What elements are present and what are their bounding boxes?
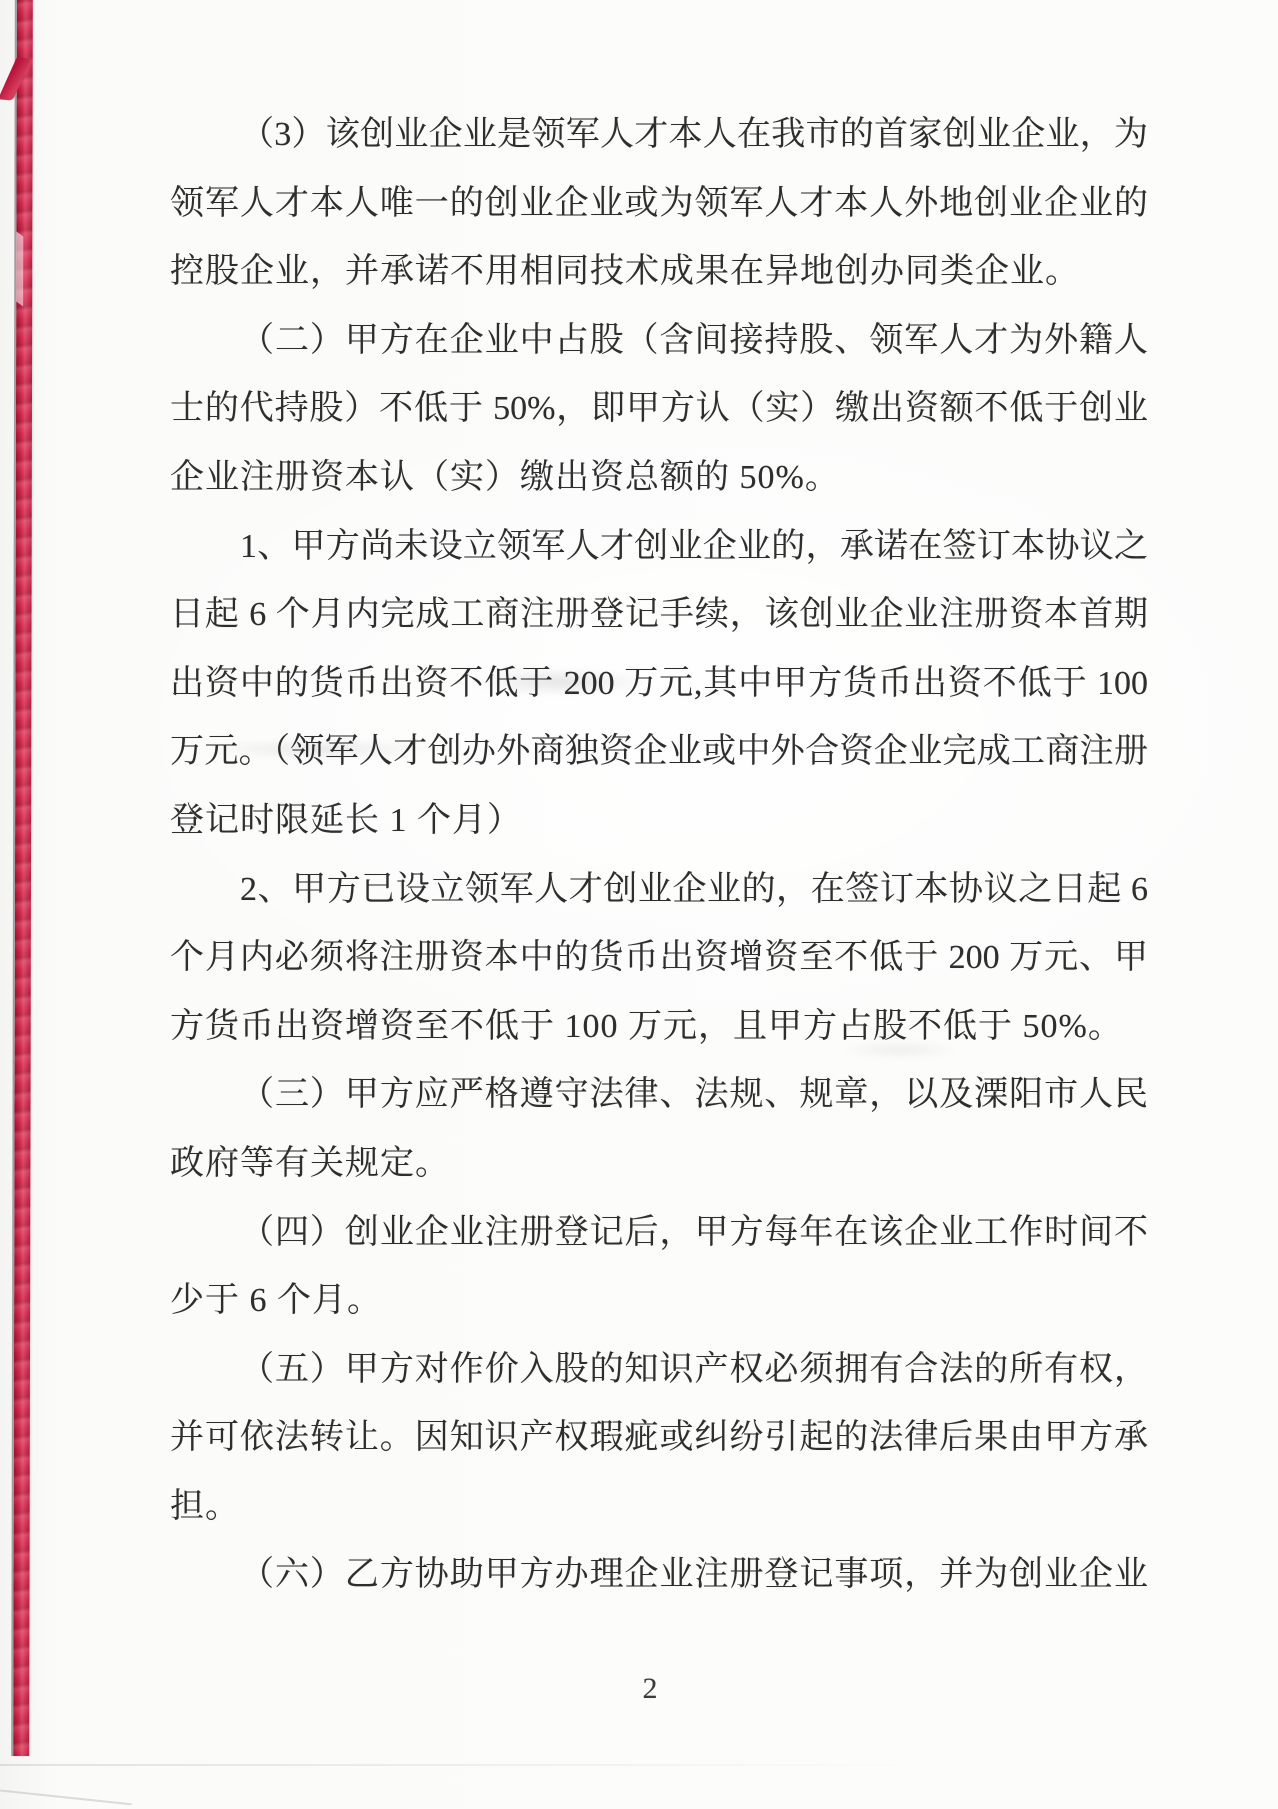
text-line: 方货币出资增资至不低于 100 万元，且甲方占股不低于 50%。: [170, 993, 1148, 1062]
text-line: （3）该创业企业是领军人才本人在我市的首家创业企业，为: [170, 101, 1148, 170]
text-line: （三）甲方应严格遵守法律、法规、规章，以及溧阳市人民: [170, 1061, 1148, 1130]
text-line: 担。: [170, 1473, 1148, 1542]
page-corner-edge: [0, 1789, 132, 1806]
text-line: （五）甲方对作价入股的知识产权必须拥有合法的所有权，: [170, 1336, 1148, 1405]
text-line: 2、甲方已设立领军人才创业企业的，在签订本协议之日起 6: [170, 856, 1148, 925]
document-body: （3）该创业企业是领军人才本人在我市的首家创业企业，为领军人才本人唯一的创业企业…: [170, 101, 1148, 1610]
text-line: （四）创业企业注册登记后，甲方每年在该企业工作时间不: [170, 1199, 1148, 1268]
binding-strip: [11, 0, 33, 1756]
text-line: 登记时限延长 1 个月）: [170, 787, 1148, 856]
text-line: 士的代持股）不低于 50%，即甲方认（实）缴出资额不低于创业: [170, 375, 1148, 444]
page-number: 2: [0, 1672, 1278, 1706]
text-line: 领军人才本人唯一的创业企业或为领军人才本人外地创业企业的: [170, 170, 1148, 239]
text-line: （六）乙方协助甲方办理企业注册登记事项，并为创业企业: [170, 1541, 1148, 1610]
binding-strip-tab: [0, 57, 31, 101]
text-line: （二）甲方在企业中占股（含间接持股、领军人才为外籍人: [170, 307, 1148, 376]
text-line: 企业注册资本认（实）缴出资总额的 50%。: [170, 444, 1148, 513]
text-line: 万元。（领军人才创办外商独资企业或中外合资企业完成工商注册: [170, 718, 1148, 787]
text-line: 并可依法转让。因知识产权瑕疵或纠纷引起的法律后果由甲方承: [170, 1404, 1148, 1473]
page-edge-shadow: [0, 1764, 920, 1766]
text-line: 个月内必须将注册资本中的货币出资增资至不低于 200 万元、甲: [170, 924, 1148, 993]
text-line: 出资中的货币出资不低于 200 万元,其中甲方货币出资不低于 100: [170, 650, 1148, 719]
text-line: 少于 6 个月。: [170, 1267, 1148, 1336]
text-line: 日起 6 个月内完成工商注册登记手续，该创业企业注册资本首期: [170, 581, 1148, 650]
text-line: 1、甲方尚未设立领军人才创业企业的，承诺在签订本协议之: [170, 513, 1148, 582]
scanned-document-page: （3）该创业企业是领军人才本人在我市的首家创业企业，为领军人才本人唯一的创业企业…: [0, 0, 1278, 1809]
text-line: 政府等有关规定。: [170, 1130, 1148, 1199]
binding-strip-highlight: [16, 232, 23, 307]
text-line: 控股企业，并承诺不用相同技术成果在异地创办同类企业。: [170, 238, 1148, 307]
